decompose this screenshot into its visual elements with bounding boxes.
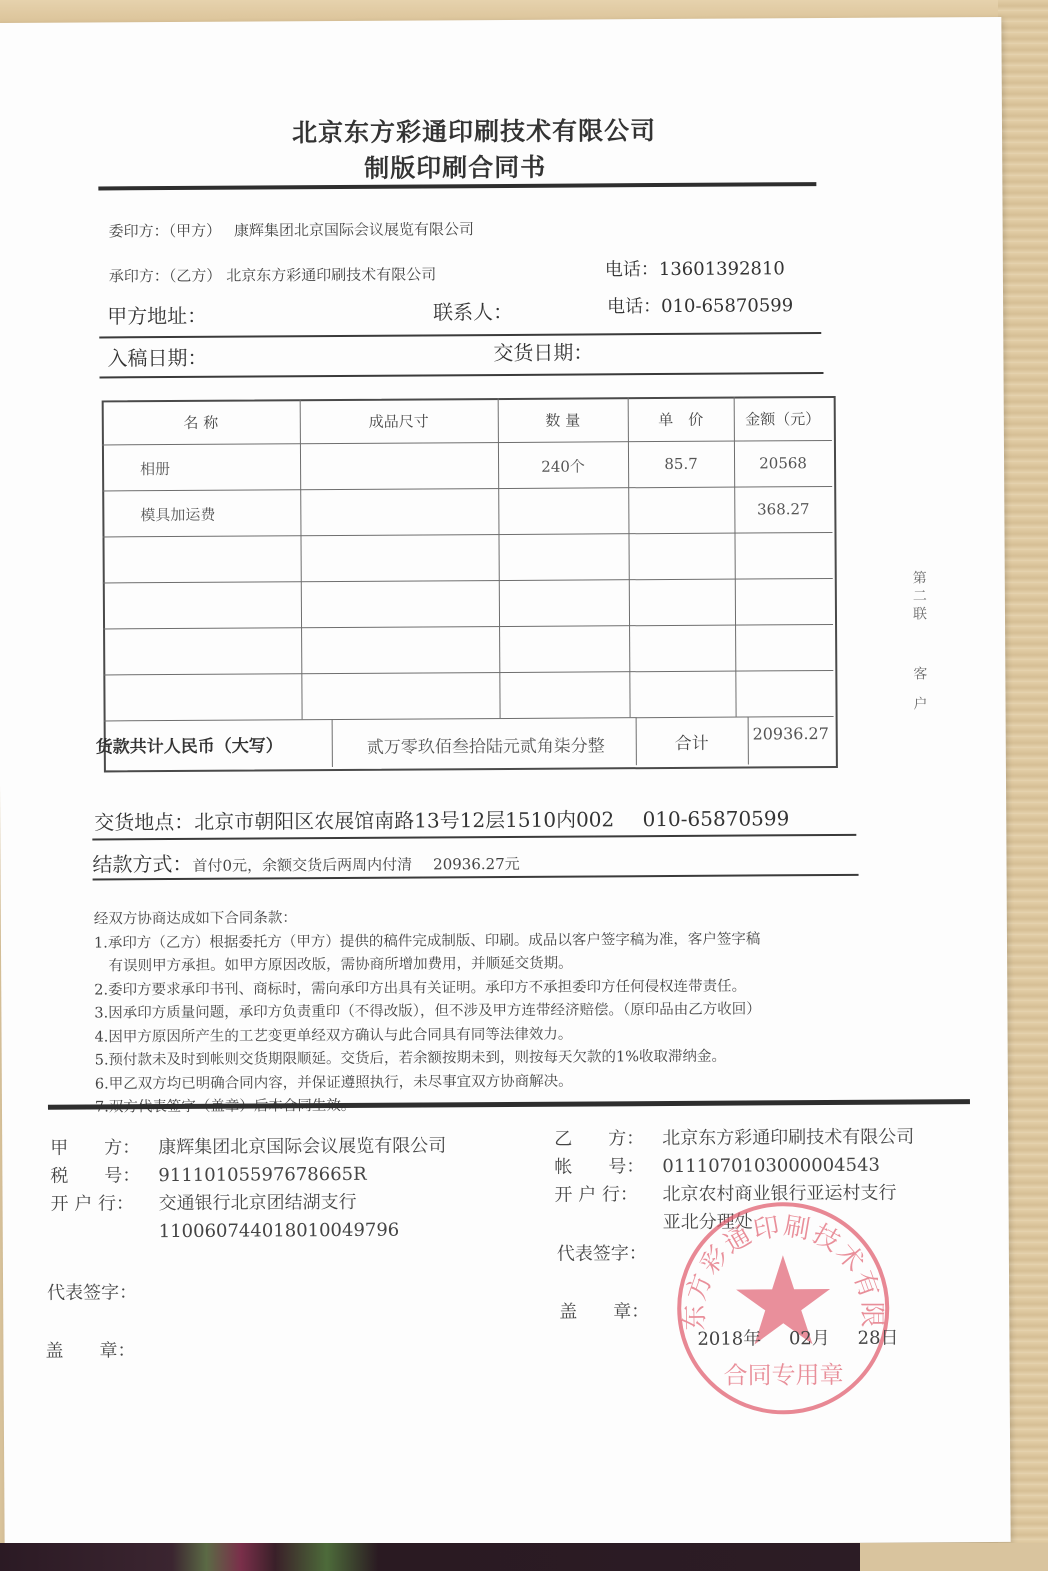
delivery-date-label: 交货日期：: [493, 336, 593, 366]
payment-amount: 20936.27元: [433, 855, 520, 874]
client-address-field: [217, 299, 407, 324]
company-seal-stamp: 北京东方彩通印刷技术有限公司 合同专用章: [668, 1193, 899, 1424]
client-phone-row: 电话：010-65870599: [607, 291, 793, 318]
copy-label: 第二联: [912, 569, 928, 623]
address-underline: [99, 332, 821, 338]
total-amount-chinese: 贰万零玖佰叁拾陆元贰角柒分整: [336, 731, 636, 758]
delivery-location: 北京市朝阳区农展馆南路13号12层1510内002: [194, 807, 614, 834]
party-a-name: 康辉集团北京国际会议展览有限公司: [158, 1135, 446, 1158]
party-b-name: 北京东方彩通印刷技术有限公司: [662, 1126, 914, 1149]
total-label: 合计: [636, 729, 748, 755]
printer-phone: 13601392810: [659, 258, 785, 280]
party-a-tax-label: 税 号：: [50, 1162, 158, 1191]
dates-underline: [100, 372, 824, 378]
date-day: 28日: [858, 1328, 899, 1349]
party-a-tax-id: 91110105597678665R: [158, 1164, 366, 1186]
printer-row: 承印方：（乙方） 北京东方彩通印刷技术有限公司: [109, 263, 436, 286]
client-address-label: 甲方地址：: [107, 300, 207, 330]
stamp-bottom-text: 合同专用章: [724, 1361, 844, 1390]
party-b-seal-label: 盖 章：: [559, 1297, 649, 1324]
party-b-bank-label: 开 户 行：: [554, 1181, 662, 1210]
party-b-label: 乙 方：: [554, 1125, 662, 1154]
contract-paper: 北京东方彩通印刷技术有限公司 制版印刷合同书 委印方：（甲方） 康辉集团北京国际…: [0, 17, 1011, 1548]
table-cell: 20568: [734, 454, 832, 473]
client-phone-label: 电话：: [607, 296, 661, 317]
table-cell: 85.7: [628, 455, 734, 474]
party-a-block: 甲 方：康辉集团北京国际会议展览有限公司 税 号：911101055976786…: [50, 1132, 447, 1246]
title-divider: [98, 182, 816, 190]
party-b-account-label: 帐 号：: [554, 1153, 662, 1182]
delivery-phone: 010-65870599: [642, 806, 789, 831]
client-row: 委印方：（甲方） 康辉集团北京国际会议展览有限公司: [109, 218, 474, 241]
company-title: 北京东方彩通印刷技术有限公司: [292, 111, 656, 149]
signing-date: 2018年 02月 28日: [697, 1324, 898, 1351]
table-header-cell: 数 量: [498, 409, 628, 431]
delivery-location-label: 交货地点：: [94, 810, 194, 835]
location-underline: [92, 834, 856, 841]
printer-phone-row: 电话：13601392810: [605, 254, 785, 281]
date-month: 02月: [789, 1328, 830, 1349]
date-year: 2018年: [697, 1328, 761, 1349]
fabric-background: [0, 1543, 860, 1571]
party-b-sign-label: 代表签字：: [557, 1239, 647, 1266]
party-a-account: 110060744018010049796: [159, 1220, 400, 1242]
party-a-bank: 交通银行北京团结湖支行: [159, 1192, 357, 1214]
table-cell: 368.27: [734, 500, 832, 519]
table-header-cell: 成品尺寸: [300, 410, 498, 432]
term-item: 1.承印方（乙方）根据委托方（甲方）提供的稿件完成制版、印刷。成品以客户签字稿为…: [94, 928, 760, 956]
payment-row: 结款方式：首付0元，余额交货后两周内付清 20936.27元: [92, 846, 519, 878]
contact-label: 联系人：: [433, 296, 513, 325]
delivery-location-row: 交货地点：北京市朝阳区农展馆南路13号12层1510内002 010-65870…: [94, 802, 789, 835]
recipient-label: 客户: [912, 659, 928, 719]
table-header-cell: 单 价: [628, 409, 734, 431]
payment-label: 结款方式：: [92, 852, 192, 877]
client-phone: 010-65870599: [661, 295, 793, 317]
party-a-sign-label: 代表签字：: [47, 1278, 137, 1305]
party-a-bank-label: 开 户 行：: [50, 1190, 158, 1219]
total-label-chinese: 货款共计人民币（大写）: [96, 731, 283, 757]
table-cell: 240个: [498, 455, 628, 477]
desk-background-bottom: [860, 1543, 1048, 1571]
copy-note: 第二联 客户: [912, 569, 933, 719]
submit-date-label: 入稿日期：: [107, 342, 207, 372]
client-name: 康辉集团北京国际会议展览有限公司: [234, 220, 474, 239]
party-b-account: 0111070103000004543: [662, 1155, 880, 1177]
party-a-label: 甲 方：: [50, 1134, 158, 1163]
term-item: 5.预付款未及时到帐则交货期限顺延。交货后，若余额按期未到，则按每天欠款的1%收…: [95, 1045, 761, 1073]
table-header-cell: 金额（元）: [734, 408, 832, 430]
party-a-seal-label: 盖 章：: [45, 1336, 135, 1363]
printer-name: 北京东方彩通印刷技术有限公司: [226, 265, 436, 284]
client-label: 委印方：（甲方）: [109, 222, 222, 241]
table-header-cell: 名 称: [102, 411, 300, 433]
printer-phone-label: 电话：: [605, 259, 659, 280]
term-item: 3.因承印方质量问题，承印方负责重印（不得改版），但不涉及甲方连带经济赔偿。（原…: [94, 998, 760, 1026]
table-cell: 相册: [140, 457, 300, 479]
table-cell: 模具加运费: [140, 503, 300, 525]
document-title: 制版印刷合同书: [364, 148, 546, 185]
payment-terms: 首付0元，余额交货后两周内付清: [192, 856, 412, 875]
printer-label: 承印方：（乙方）: [109, 267, 222, 286]
contract-terms: 经双方协商达成如下合同条款： 1.承印方（乙方）根据委托方（甲方）提供的稿件完成…: [94, 904, 762, 1120]
total-amount: 20936.27: [748, 724, 834, 744]
